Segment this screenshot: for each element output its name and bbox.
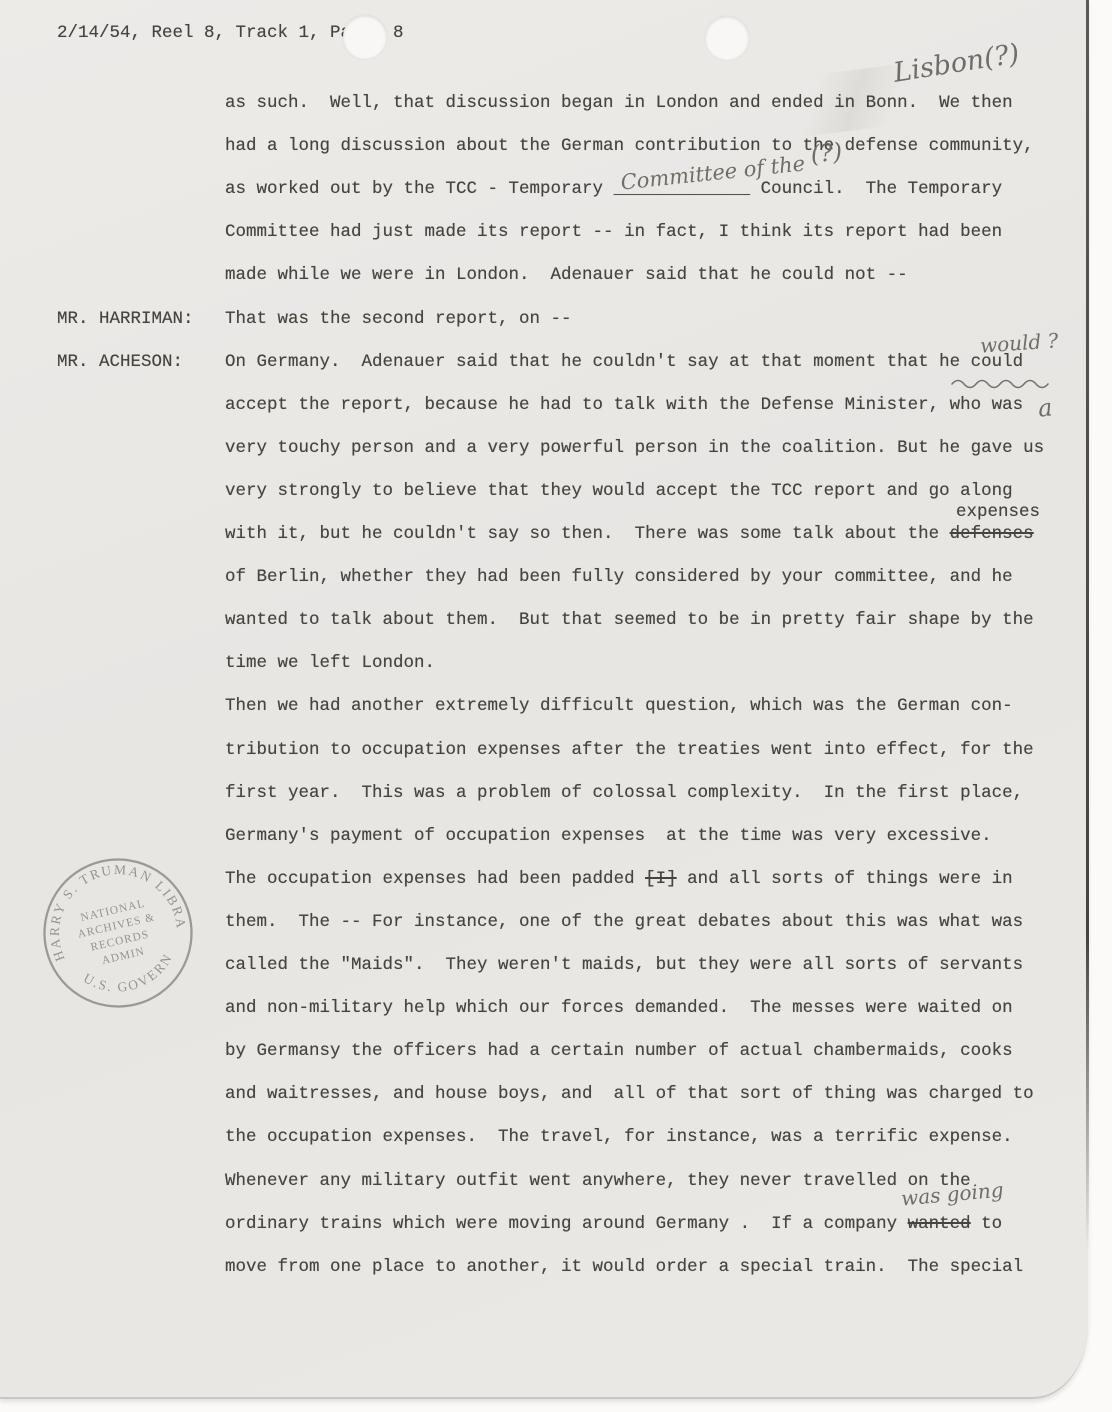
typed-text: That was the second report, on -- [225, 309, 572, 329]
typed-text: tribution to occupation expenses after t… [225, 740, 1034, 760]
transcript-line: ordinary trains which were moving around… [225, 1216, 1002, 1234]
page-header: 2/14/54, Reel 8, Track 1, Pa [57, 25, 351, 43]
typed-text: accept the report, because he had to tal… [225, 395, 1023, 415]
transcript-line: accept the report, because he had to tal… [225, 397, 1023, 415]
typed-text: them. The -- For instance, one of the gr… [225, 912, 1023, 932]
typed-text: with it, but he couldn't say so then. Th… [225, 524, 950, 544]
transcript-line: very touchy person and a very powerful p… [225, 440, 1044, 458]
handwritten-question-mark: (?) [809, 137, 843, 168]
transcript-line: as worked out by the TCC - Temporary ___… [225, 181, 1002, 199]
transcript-line: made while we were in London. Adenauer s… [225, 267, 908, 285]
typed-text: by Germansy the officers had a certain n… [225, 1041, 1013, 1061]
scanned-page: 2/14/54, Reel 8, Track 1, Pa 8 as such. … [0, 0, 1088, 1399]
typed-text: the occupation expenses. The travel, for… [225, 1127, 1013, 1147]
transcript-line: them. The -- For instance, one of the gr… [225, 914, 1023, 932]
typed-text: time we left London. [225, 653, 435, 673]
typed-text: and waitresses, and house boys, and all … [225, 1084, 1034, 1104]
transcript-line: wanted to talk about them. But that seem… [225, 612, 1034, 630]
transcript-line: tribution to occupation expenses after t… [225, 742, 1034, 760]
transcript-line: and waitresses, and house boys, and all … [225, 1086, 1034, 1104]
transcript-line: had a long discussion about the German c… [225, 138, 1034, 156]
transcript-line: called the "Maids". They weren't maids, … [225, 957, 1023, 975]
transcript-line: Whenever any military outfit went anywhe… [225, 1173, 971, 1191]
transcript-line: Committee had just made its report -- in… [225, 224, 1002, 242]
speaker-label: MR. HARRIMAN: [57, 311, 194, 329]
transcript-line: Then we had another extremely difficult … [225, 698, 1013, 716]
transcript-line: with it, but he couldn't say so then. Th… [225, 526, 1034, 544]
struck-text: [I] [645, 869, 677, 889]
typed-text: The occupation expenses had been padded [225, 869, 645, 889]
typed-text: made while we were in London. Adenauer s… [225, 265, 908, 285]
punch-hole-right [705, 16, 749, 60]
transcript-line: as such. Well, that discussion began in … [225, 95, 1013, 113]
typed-text: very strongly to believe that they would… [225, 481, 1013, 501]
transcript-line: very strongly to believe that they would… [225, 483, 1013, 501]
typed-text: ordinary trains which were moving around… [225, 1214, 908, 1234]
typed-text: as such. Well, that discussion began in … [225, 93, 1013, 113]
typed-text: Committee had just made its report -- in… [225, 222, 1002, 242]
typed-text: On Germany. Adenauer said that he couldn… [225, 352, 1023, 372]
typed-text: as worked out by the TCC - Temporary [225, 179, 614, 199]
pencil-squiggle-underline [950, 377, 1050, 389]
struck-text: defenses [950, 524, 1034, 544]
typed-text: had a long discussion about the German c… [225, 136, 1034, 156]
typed-correction-expenses: expenses [956, 504, 1040, 522]
transcript-line: MR. ACHESON:On Germany. Adenauer said th… [225, 354, 1023, 372]
transcript-line: the occupation expenses. The travel, for… [225, 1129, 1013, 1147]
transcript-line: move from one place to another, it would… [225, 1259, 1023, 1277]
struck-text: wanted [908, 1214, 971, 1234]
handwritten-a-mark: a [1037, 393, 1054, 422]
typed-text: Council. The Temporary [750, 179, 1002, 199]
typed-text: Germany's payment of occupation expenses… [225, 826, 992, 846]
transcript-line: by Germansy the officers had a certain n… [225, 1043, 1013, 1061]
typed-text: first year. This was a problem of coloss… [225, 783, 1023, 803]
transcript-line: and non-military help which our forces d… [225, 1000, 1013, 1018]
transcript-line: of Berlin, whether they had been fully c… [225, 569, 1013, 587]
page-edge-shadow [1086, 0, 1089, 1250]
transcript-line: MR. HARRIMAN:That was the second report,… [225, 311, 572, 329]
speaker-label: MR. ACHESON: [57, 354, 183, 372]
page-number: 8 [393, 25, 404, 43]
typed-text: very touchy person and a very powerful p… [225, 438, 1044, 458]
transcript-line: The occupation expenses had been padded … [225, 871, 1013, 889]
transcript-line: time we left London. [225, 655, 435, 673]
typed-text: wanted to talk about them. But that seem… [225, 610, 1034, 630]
typed-text: and all sorts of things were in [677, 869, 1013, 889]
typed-text: to [971, 1214, 1003, 1234]
punch-hole-left [343, 15, 387, 59]
handwritten-would-note: would ? [979, 328, 1059, 357]
transcript-line: Germany's payment of occupation expenses… [225, 828, 992, 846]
typed-text: of Berlin, whether they had been fully c… [225, 567, 1013, 587]
typed-text: called the "Maids". They weren't maids, … [225, 955, 1023, 975]
truman-library-stamp: HARRY S. TRUMAN LIBRARY U.S. GOVERNMENT … [30, 845, 206, 1021]
typed-text: Then we had another extremely difficult … [225, 696, 1013, 716]
typed-text: move from one place to another, it would… [225, 1257, 1023, 1277]
transcript-line: first year. This was a problem of coloss… [225, 785, 1023, 803]
typed-text: Whenever any military outfit went anywhe… [225, 1171, 971, 1191]
typed-text: and non-military help which our forces d… [225, 998, 1013, 1018]
